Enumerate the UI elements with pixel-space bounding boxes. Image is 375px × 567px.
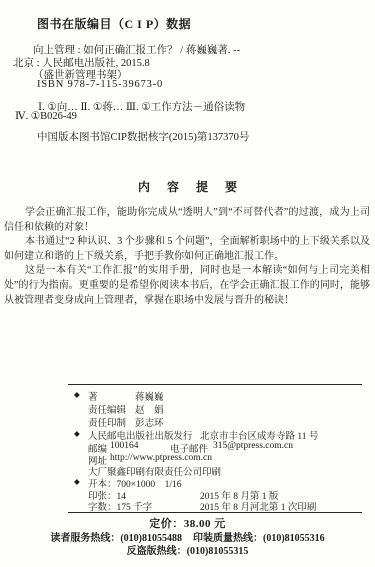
colophon-row-postcode-email: 邮编 100164 电子邮件 315@ptpress.com.cn [68, 441, 362, 453]
summary-paragraph-1: 学会正确汇报工作，能助你完成从“透明人”到“不可替代者”的过渡，成为上司信任和依… [4, 206, 370, 235]
colophon-row-format: ◆ 开本：700×1000 1/16 [68, 476, 362, 488]
cip-record-number-line: 中国版本图书馆CIP数据核字(2015)第137370号 [37, 129, 249, 144]
colophon-row-printer: 大厂聚鑫印刷有限责任公司印刷 [68, 464, 362, 476]
diamond-bullet-icon: ◆ [74, 477, 80, 486]
cip-class-code-line: Ⅳ. ①B026-49 [15, 110, 77, 122]
publisher-name: 人民邮电出版社出版发行 [88, 428, 193, 442]
author-label: 著 [88, 389, 98, 403]
print-supervisor-name: 彭志环 [135, 415, 164, 429]
postcode-value: 100164 [110, 441, 139, 451]
anti-piracy-hotline-label: 反盗版热线： [127, 546, 187, 557]
summary-paragraph-3: 这是一本有关“工作汇报”的实用手册，同时也是一本解读“如何与上司完美相处”的行为… [4, 264, 370, 308]
summary-paragraphs: 学会正确汇报工作，能助你完成从“透明人”到“不可替代者”的过渡，成为上司信任和依… [4, 206, 370, 308]
hotlines-line-2: 反盗版热线：(010)81055315 [0, 542, 375, 557]
words-value: 175 千字 [117, 503, 153, 513]
printing-info: 2015 年 8 月河北第 1 次印刷 [200, 499, 316, 513]
anti-piracy-hotline-number: (010)81055315 [187, 546, 249, 557]
print-supervisor-label: 责任印制 [88, 415, 126, 429]
cip-isbn-line: ISBN 978-7-115-39673-0 [37, 79, 163, 90]
cip-header: 图书在版编目（C I P）数据 [37, 15, 191, 32]
colophon-row-words-printing: 字数：175 千字 2015 年 8 月河北第 1 次印刷 [68, 499, 362, 511]
publisher-address: 北京市丰台区成寿寺路 11 号 [200, 428, 318, 442]
colophon-row-print-supervisor: 责任印制 彭志环 [68, 415, 362, 427]
colophon-row-author: ◆ 著 蒋巍巍 [68, 389, 362, 401]
words-label: 字数： [88, 503, 117, 513]
colophon-row-editor: 责任编辑 赵 娟 [68, 402, 362, 414]
words-entry: 字数：175 千字 [88, 499, 152, 513]
diamond-bullet-icon: ◆ [74, 429, 80, 438]
colophon-section: ◆ 著 蒋巍巍 责任编辑 赵 娟 责任印制 彭志环 ◆ 人民邮电出版社出版发行 … [68, 384, 362, 513]
diamond-bullet-icon: ◆ [74, 390, 80, 399]
book-copyright-page: 图书在版编目（C I P）数据 向上管理 : 如何正确汇报工作？ / 蒋巍巍著.… [0, 0, 375, 567]
summary-paragraph-2: 本书通过“2 种认识、3 个步骤和 5 个问题”，全面解析职场中的上下级关系以及… [4, 235, 370, 264]
editor-name: 赵 娟 [135, 402, 164, 416]
author-name: 蒋巍巍 [135, 389, 164, 403]
website-url: http://www.ptpress.com.cn [110, 453, 212, 463]
editor-label: 责任编辑 [88, 402, 126, 416]
email-value: 315@ptpress.com.cn [213, 441, 293, 451]
colophon-row-publisher: ◆ 人民邮电出版社出版发行 北京市丰台区成寿寺路 11 号 [68, 428, 362, 440]
summary-heading: 内 容 提 要 [0, 178, 375, 195]
